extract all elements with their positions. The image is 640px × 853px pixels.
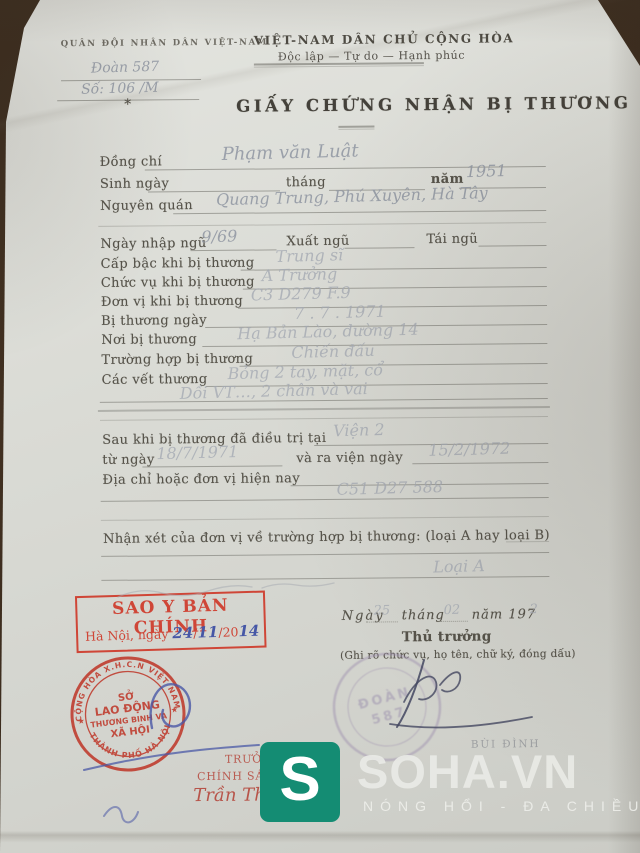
motto-rule: [254, 65, 424, 67]
unit-number-handwriting: Đoàn 587: [91, 59, 160, 77]
field-label-rank: Cấp bậc khi bị thương: [101, 256, 255, 272]
photo-of-document: QUÂN ĐỘI NHÂN DÂN VIỆT-NAM Đoàn 587 Số: …: [0, 0, 640, 853]
field-value-treated-at: Viện 2: [333, 420, 385, 440]
field-value-enlisted: 9/69: [201, 226, 237, 246]
field-label-current-address: Địa chỉ hoặc đơn vị hiện nay: [102, 471, 300, 488]
field-rule: [191, 249, 277, 251]
field-rule: [173, 210, 546, 214]
national-motto: Độc lập — Tự do — Hạnh phúc: [278, 49, 465, 64]
title-rule: [338, 129, 374, 130]
sign-date-year-handwriting: 2: [529, 602, 538, 617]
title-rule: [338, 126, 374, 128]
field-label-position: Chức vụ khi bị thương: [101, 275, 255, 291]
field-rule: [238, 305, 547, 309]
field-label-unit-remark: Nhận xét của đơn vị về trường hợp bị thư…: [103, 528, 550, 547]
field-value-current-address: C51 D27 588: [336, 477, 443, 499]
sign-date-thang: tháng: [402, 608, 445, 623]
sign-title-commander: Thủ trưởng: [402, 629, 492, 646]
soha-logo-square: S: [260, 742, 340, 822]
department-round-stamp: CỘNG HÒA X.H.C.N VIỆT NAM THÀNH PHỐ HÀ N…: [66, 652, 190, 776]
army-org-line: QUÂN ĐỘI NHÂN DÂN VIỆT-NAM: [61, 37, 269, 49]
field-rule: [412, 462, 548, 464]
star-mark: *: [124, 97, 132, 113]
crease-rule: [98, 406, 550, 412]
certify-month-handwriting: 11: [197, 623, 218, 642]
certified-copy-date: Hà Nội, ngày 24/11/2014: [85, 622, 260, 645]
field-value-position: A Trưởng: [261, 264, 337, 285]
field-value-from-date: 18/7/1971: [156, 442, 239, 463]
certify-year-handwriting: 14: [238, 622, 259, 641]
stamp-star-right: ★: [170, 705, 178, 715]
sign-date-month-handwriting: 02: [443, 603, 460, 618]
field-rule: [101, 497, 549, 502]
field-value-unit-remark: Loại A: [433, 556, 485, 576]
certify-sep: /20: [218, 624, 239, 640]
field-rule: [478, 245, 546, 247]
certify-day-handwriting: 24: [172, 624, 193, 643]
blank-rule: [98, 222, 546, 227]
dot-leader: [440, 620, 468, 622]
soha-brand-text: SOHA.VN: [357, 744, 578, 799]
field-value-rank: Trung sĩ: [275, 245, 343, 266]
field-value-year: 1951: [466, 161, 507, 181]
field-label-birthday: Sinh ngày: [100, 176, 169, 192]
doc-number-handwriting: Số: 106 /M: [81, 80, 159, 98]
field-label-reenlisted: Tái ngũ: [426, 232, 478, 247]
field-rule: [202, 343, 547, 347]
field-value-native-place: Quang Trung, Phú Xuyên, Hà Tây: [216, 183, 488, 209]
certified-copy-stamp: SAO Y BẢN CHÍNH Hà Nội, ngày 24/11/2014: [75, 591, 267, 654]
field-label-wounded-place: Nơi bị thương: [101, 332, 197, 348]
certify-city: Hà Nội, ngày: [85, 626, 169, 643]
field-value-discharged-hospital: 15/2/1972: [428, 439, 511, 460]
field-value-wounded-place: Hạ Bản Lào, đường 14: [237, 320, 419, 344]
field-label-discharged-hospital: và ra viện ngày: [296, 450, 403, 466]
field-label-comrade: Đồng chí: [100, 154, 162, 170]
field-label-unit: Đơn vị khi bị thương: [101, 294, 243, 310]
field-rule: [142, 465, 282, 467]
field-label-wounded-date: Bị thương ngày: [101, 313, 207, 329]
sign-date-nam: năm 197: [472, 607, 537, 623]
field-rule: [101, 576, 549, 581]
field-label-native-place: Nguyên quán: [100, 198, 193, 214]
field-rule: [344, 247, 414, 249]
soha-logo-letter: S: [279, 749, 320, 811]
soha-tagline: NÓNG HỔI - ĐA CHIỀU: [363, 798, 640, 814]
crease-rule: [100, 416, 548, 421]
dot-leader: [366, 620, 398, 622]
sign-date-day-handwriting: 25: [373, 603, 390, 618]
field-value-comrade: Phạm văn Luật: [221, 140, 358, 165]
national-header: VIỆT-NAM DÂN CHỦ CỘNG HÒA: [254, 31, 515, 47]
blank-rule: [101, 516, 549, 521]
field-value-unit: C3 D279 F.9: [251, 283, 351, 305]
field-value-circumstance: Chiến đấu: [291, 341, 375, 362]
stamp-star-left: ★: [77, 716, 85, 726]
document-title: GIẤY CHỨNG NHẬN BỊ THƯƠNG: [236, 93, 631, 115]
